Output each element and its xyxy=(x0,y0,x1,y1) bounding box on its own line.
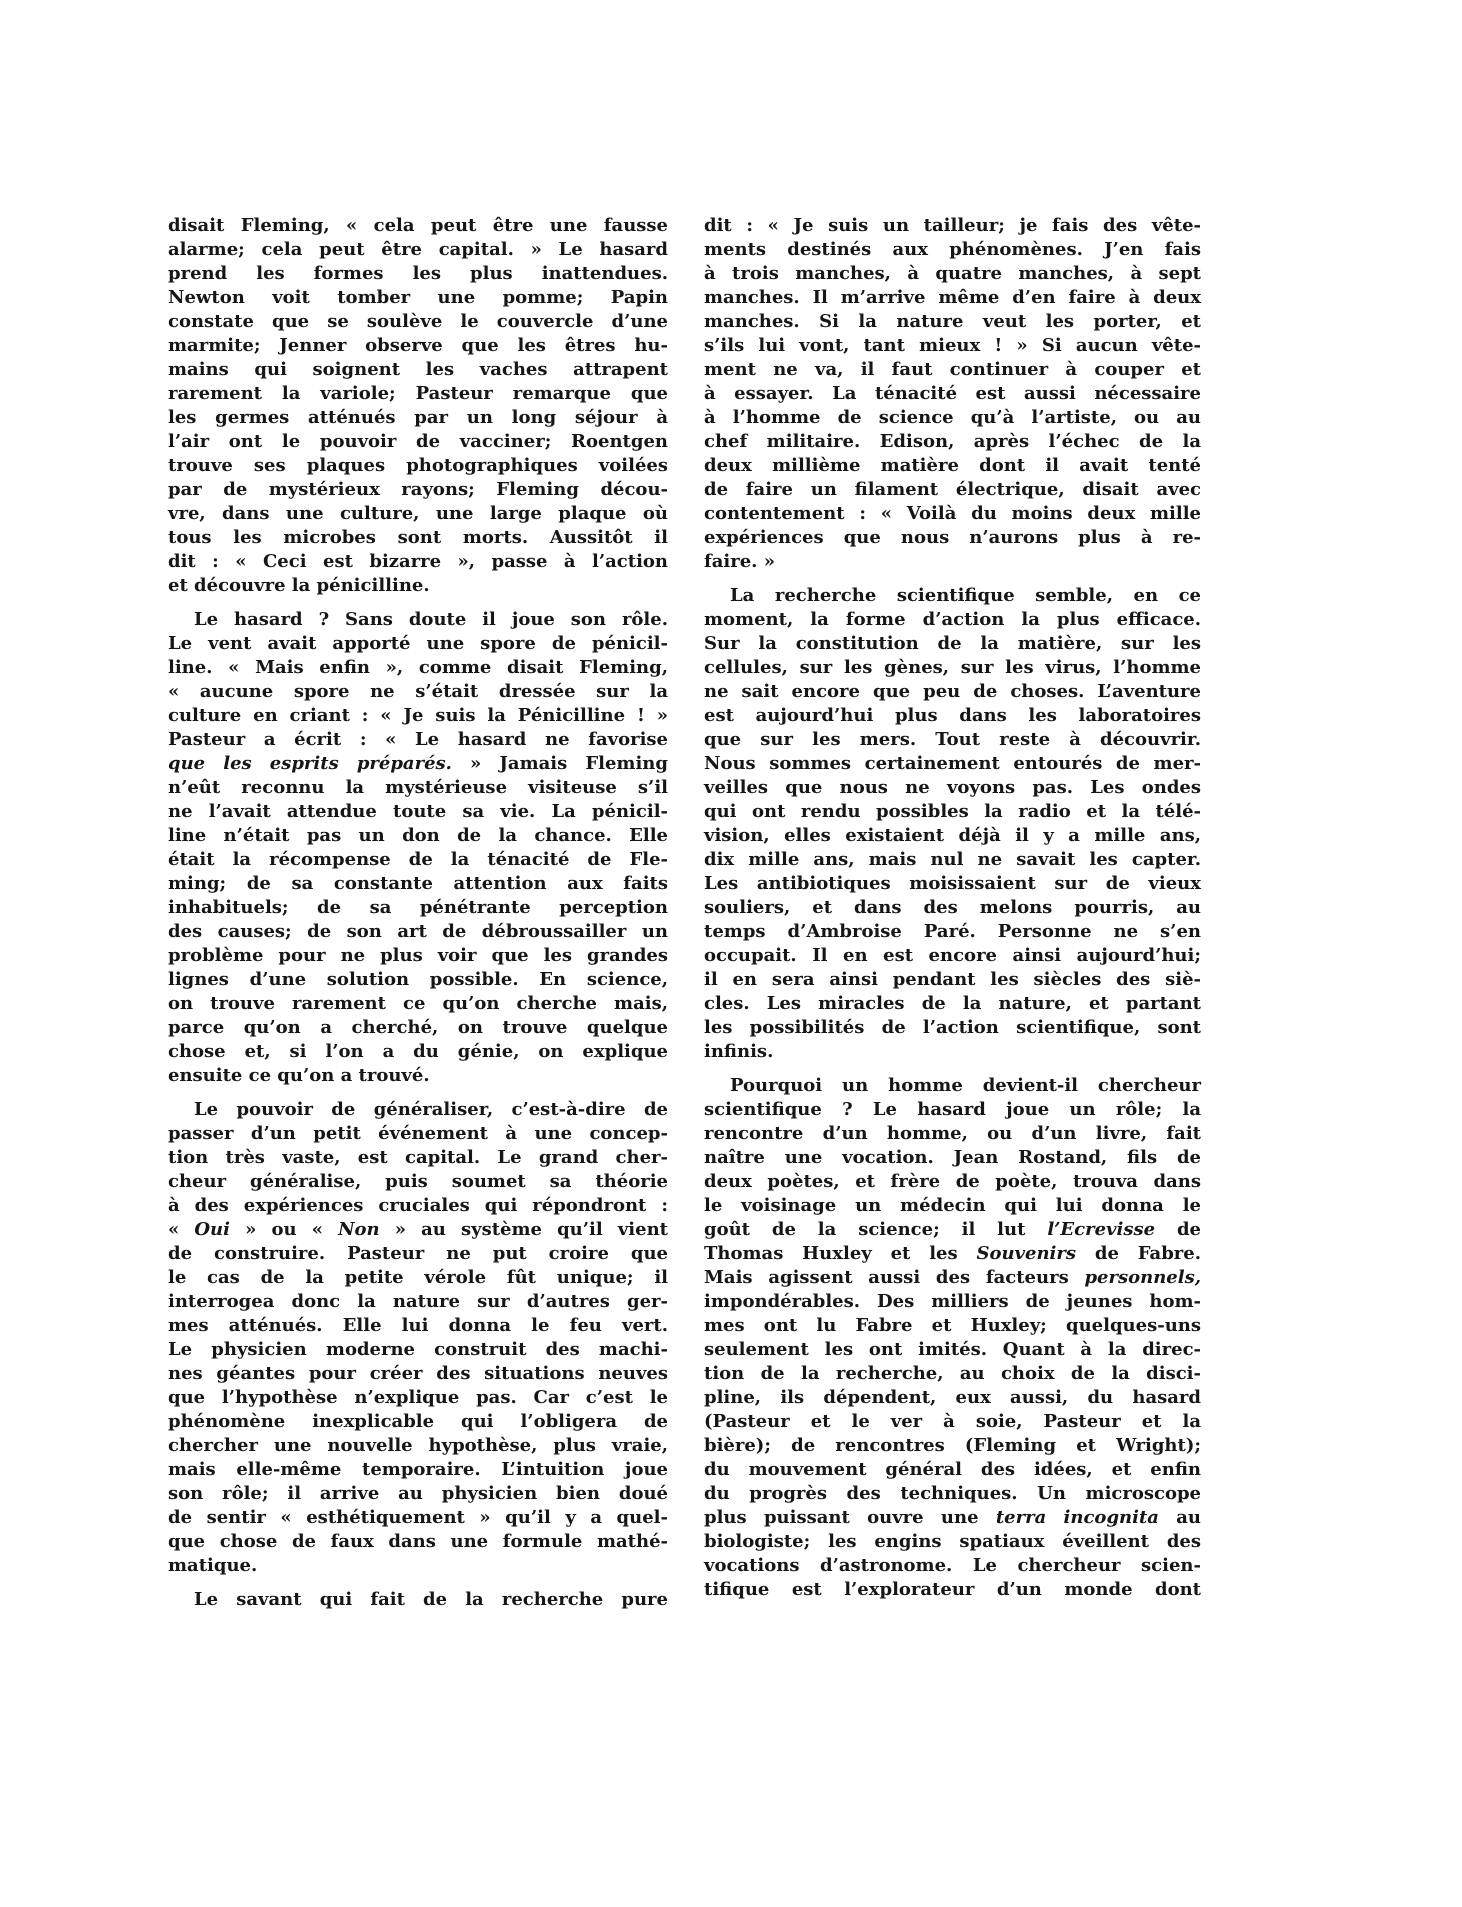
text-line: tion très vaste, est capital. Le grand c… xyxy=(168,1146,668,1170)
text-line: s’ils lui vont, tant mieux ! » Si aucun … xyxy=(704,334,1201,358)
text-line: (Pasteur et le ver à soie, Pasteur et la xyxy=(704,1410,1201,1434)
text-line: Pourquoi un homme devient-il chercheur xyxy=(704,1074,1201,1098)
text-line: que chose de faux dans une formule mathé… xyxy=(168,1530,668,1554)
text-line: que les esprits préparés. » Jamais Flemi… xyxy=(168,752,668,776)
text-line: lignes d’une solution possible. En scien… xyxy=(168,968,668,992)
text-line: vocations d’astronome. Le chercheur scie… xyxy=(704,1554,1201,1578)
italic-text: que les esprits préparés. xyxy=(168,753,452,774)
text-line: temps d’Ambroise Paré. Personne ne s’en xyxy=(704,920,1201,944)
text-line: on trouve rarement ce qu’on cherche mais… xyxy=(168,992,668,1016)
text-line: moment, la forme d’action la plus effica… xyxy=(704,608,1201,632)
text-line: scientifique ? Le hasard joue un rôle; l… xyxy=(704,1098,1201,1122)
text-line: ments destinés aux phénomènes. J’en fais xyxy=(704,238,1201,262)
text-line: souliers, et dans des melons pourris, au xyxy=(704,896,1201,920)
text-line: culture en criant : « Je suis la Pénicil… xyxy=(168,704,668,728)
text-line: deux millième matière dont il avait tent… xyxy=(704,454,1201,478)
text-segment: au xyxy=(1159,1507,1201,1528)
text-line: contentement : « Voilà du moins deux mil… xyxy=(704,502,1201,526)
text-line: Newton voit tomber une pomme; Papin xyxy=(168,286,668,310)
text-line: rarement la variole; Pasteur remarque qu… xyxy=(168,382,668,406)
text-line: biologiste; les engins spatiaux éveillen… xyxy=(704,1530,1201,1554)
text-line: impondérables. Des milliers de jeunes ho… xyxy=(704,1290,1201,1314)
text-line: dit : « Je suis un tailleur; je fais des… xyxy=(704,214,1201,238)
text-line: l’air ont le pouvoir de vacciner; Roentg… xyxy=(168,430,668,454)
text-line: dix mille ans, mais nul ne savait les ca… xyxy=(704,848,1201,872)
text-segment: « xyxy=(168,1219,194,1240)
text-segment: » Jamais Fleming xyxy=(452,753,668,774)
text-line: Le pouvoir de généraliser, c’est-à-dire … xyxy=(168,1098,668,1122)
text-line: mes atténués. Elle lui donna le feu vert… xyxy=(168,1314,668,1338)
text-line: inhabituels; de sa pénétrante perception xyxy=(168,896,668,920)
text-line: Nous sommes certainement entourés de mer… xyxy=(704,752,1201,776)
text-line: à essayer. La ténacité est aussi nécessa… xyxy=(704,382,1201,406)
text-line: alarme; cela peut être capital. » Le has… xyxy=(168,238,668,262)
text-line: et découvre la pénicilline. xyxy=(168,574,668,598)
text-line: tion de la recherche, au choix de la dis… xyxy=(704,1362,1201,1386)
text-line: La recherche scientifique semble, en ce xyxy=(704,584,1201,608)
text-line: deux poètes, et frère de poète, trouva d… xyxy=(704,1170,1201,1194)
text-line: constate que se soulève le couvercle d’u… xyxy=(168,310,668,334)
text-line: Sur la constitution de la matière, sur l… xyxy=(704,632,1201,656)
text-line: tifique est l’explorateur d’un monde don… xyxy=(704,1578,1201,1602)
text-line: trouve ses plaques photographiques voilé… xyxy=(168,454,668,478)
text-segment: de xyxy=(1155,1219,1201,1240)
text-line: matique. xyxy=(168,1554,668,1578)
text-line: tous les microbes sont morts. Aussitôt i… xyxy=(168,526,668,550)
text-line: Le hasard ? Sans doute il joue son rôle. xyxy=(168,608,668,632)
italic-text: Oui xyxy=(194,1219,230,1240)
text-line: que l’hypothèse n’explique pas. Car c’es… xyxy=(168,1386,668,1410)
text-segment: » ou « xyxy=(230,1219,338,1240)
text-line: « Oui » ou « Non » au système qu’il vien… xyxy=(168,1218,668,1242)
text-line: les possibilités de l’action scientifiqu… xyxy=(704,1016,1201,1040)
text-line: line. « Mais enfin », comme disait Flemi… xyxy=(168,656,668,680)
text-line: prend les formes les plus inattendues. xyxy=(168,262,668,286)
text-line: faire. » xyxy=(704,550,1201,574)
text-line: goût de la science; il lut l’Ecrevisse d… xyxy=(704,1218,1201,1242)
text-line: mais elle-même temporaire. L’intuition j… xyxy=(168,1458,668,1482)
text-line: Le physicien moderne construit des machi… xyxy=(168,1338,668,1362)
text-line: du progrès des techniques. Un microscope xyxy=(704,1482,1201,1506)
text-line: des causes; de son art de débroussailler… xyxy=(168,920,668,944)
text-line: le cas de la petite vérole fût unique; i… xyxy=(168,1266,668,1290)
text-line: Le vent avait apporté une spore de pénic… xyxy=(168,632,668,656)
italic-text: terra incognita xyxy=(996,1507,1159,1528)
paragraph: dit : « Je suis un tailleur; je fais des… xyxy=(704,214,1201,574)
text-line: passer d’un petit événement à une concep… xyxy=(168,1122,668,1146)
text-line: à l’homme de science qu’à l’artiste, ou … xyxy=(704,406,1201,430)
text-line: que sur les mers. Tout reste à découvrir… xyxy=(704,728,1201,752)
text-line: veilles que nous ne voyons pas. Les onde… xyxy=(704,776,1201,800)
text-line: était la récompense de la ténacité de Fl… xyxy=(168,848,668,872)
text-line: plus puissant ouvre une terra incognita … xyxy=(704,1506,1201,1530)
text-line: parce qu’on a cherché, on trouve quelque xyxy=(168,1016,668,1040)
text-line: cles. Les miracles de la nature, et part… xyxy=(704,992,1201,1016)
text-line: Le savant qui fait de la recherche pure xyxy=(168,1588,668,1612)
text-line: manches. Si la nature veut les porter, e… xyxy=(704,310,1201,334)
text-line: pline, ils dépendent, eux aussi, du hasa… xyxy=(704,1386,1201,1410)
text-segment: » au système qu’il vient xyxy=(380,1219,668,1240)
text-line: chef militaire. Edison, après l’échec de… xyxy=(704,430,1201,454)
text-line: bière); de rencontres (Fleming et Wright… xyxy=(704,1434,1201,1458)
paragraph: Le hasard ? Sans doute il joue son rôle.… xyxy=(168,608,668,1088)
text-line: ming; de sa constante attention aux fait… xyxy=(168,872,668,896)
text-line: de faire un filament électrique, disait … xyxy=(704,478,1201,502)
text-line: du mouvement général des idées, et enfin xyxy=(704,1458,1201,1482)
text-line: manches. Il m’arrive même d’en faire à d… xyxy=(704,286,1201,310)
text-line: Mais agissent aussi des facteurs personn… xyxy=(704,1266,1201,1290)
text-line: il en sera ainsi pendant les siècles des… xyxy=(704,968,1201,992)
text-line: chose et, si l’on a du génie, on expliqu… xyxy=(168,1040,668,1064)
text-segment: goût de la science; il lut xyxy=(704,1219,1047,1240)
text-line: de construire. Pasteur ne put croire que xyxy=(168,1242,668,1266)
text-line: les germes atténués par un long séjour à xyxy=(168,406,668,430)
paragraph: La recherche scientifique semble, en cem… xyxy=(704,584,1201,1064)
text-column-left: disait Fleming, « cela peut être une fau… xyxy=(168,214,668,1612)
text-line: phénomène inexplicable qui l’obligera de xyxy=(168,1410,668,1434)
text-column-right: dit : « Je suis un tailleur; je fais des… xyxy=(704,214,1201,1602)
text-line: problème pour ne plus voir que les grand… xyxy=(168,944,668,968)
text-line: seulement les ont imités. Quant à la dir… xyxy=(704,1338,1201,1362)
text-line: interrogea donc la nature sur d’autres g… xyxy=(168,1290,668,1314)
text-segment: Thomas Huxley et les xyxy=(704,1243,976,1264)
text-line: ne sait encore que peu de choses. L’aven… xyxy=(704,680,1201,704)
text-segment: plus puissant ouvre une xyxy=(704,1507,996,1528)
text-line: marmite; Jenner observe que les êtres hu… xyxy=(168,334,668,358)
text-line: naître une vocation. Jean Rostand, fils … xyxy=(704,1146,1201,1170)
scanned-page: disait Fleming, « cela peut être une fau… xyxy=(0,0,1462,1907)
italic-text: Non xyxy=(338,1219,380,1240)
text-line: infinis. xyxy=(704,1040,1201,1064)
paragraph: disait Fleming, « cela peut être une fau… xyxy=(168,214,668,598)
paragraph: Le savant qui fait de la recherche pure xyxy=(168,1588,668,1612)
text-line: expériences que nous n’aurons plus à re- xyxy=(704,526,1201,550)
italic-text: personnels, xyxy=(1084,1267,1201,1288)
text-line: rencontre d’un homme, ou d’un livre, fai… xyxy=(704,1122,1201,1146)
text-line: vision, elles existaient déjà il y a mil… xyxy=(704,824,1201,848)
text-line: par de mystérieux rayons; Fleming décou- xyxy=(168,478,668,502)
text-line: de sentir « esthétiquement » qu’il y a q… xyxy=(168,1506,668,1530)
text-line: Les antibiotiques moisissaient sur de vi… xyxy=(704,872,1201,896)
text-line: occupait. Il en est encore ainsi aujourd… xyxy=(704,944,1201,968)
text-line: ensuite ce qu’on a trouvé. xyxy=(168,1064,668,1088)
italic-text: Souvenirs xyxy=(976,1243,1076,1264)
text-line: « aucune spore ne s’était dressée sur la xyxy=(168,680,668,704)
text-line: son rôle; il arrive au physicien bien do… xyxy=(168,1482,668,1506)
text-line: chercher une nouvelle hypothèse, plus vr… xyxy=(168,1434,668,1458)
text-line: Pasteur a écrit : « Le hasard ne favoris… xyxy=(168,728,668,752)
text-line: qui ont rendu possibles la radio et la t… xyxy=(704,800,1201,824)
text-line: à des expériences cruciales qui répondro… xyxy=(168,1194,668,1218)
text-line: mes ont lu Fabre et Huxley; quelques-uns xyxy=(704,1314,1201,1338)
text-line: ment ne va, il faut continuer à couper e… xyxy=(704,358,1201,382)
text-segment: Mais agissent aussi des facteurs xyxy=(704,1267,1084,1288)
text-line: dit : « Ceci est bizarre », passe à l’ac… xyxy=(168,550,668,574)
text-line: cheur généralise, puis soumet sa théorie xyxy=(168,1170,668,1194)
text-line: vre, dans une culture, une large plaque … xyxy=(168,502,668,526)
text-line: line n’était pas un don de la chance. El… xyxy=(168,824,668,848)
text-line: n’eût reconnu la mystérieuse visiteuse s… xyxy=(168,776,668,800)
text-line: le voisinage un médecin qui lui donna le xyxy=(704,1194,1201,1218)
text-line: cellules, sur les gènes, sur les virus, … xyxy=(704,656,1201,680)
text-line: disait Fleming, « cela peut être une fau… xyxy=(168,214,668,238)
text-line: mains qui soignent les vaches attrapent xyxy=(168,358,668,382)
text-line: est aujourd’hui plus dans les laboratoir… xyxy=(704,704,1201,728)
text-segment: de Fabre. xyxy=(1076,1243,1201,1264)
text-line: ne l’avait attendue toute sa vie. La pén… xyxy=(168,800,668,824)
text-line: à trois manches, à quatre manches, à sep… xyxy=(704,262,1201,286)
text-line: nes géantes pour créer des situations ne… xyxy=(168,1362,668,1386)
paragraph: Pourquoi un homme devient-il chercheursc… xyxy=(704,1074,1201,1602)
paragraph: Le pouvoir de généraliser, c’est-à-dire … xyxy=(168,1098,668,1578)
text-line: Thomas Huxley et les Souvenirs de Fabre. xyxy=(704,1242,1201,1266)
italic-text: l’Ecrevisse xyxy=(1047,1219,1155,1240)
